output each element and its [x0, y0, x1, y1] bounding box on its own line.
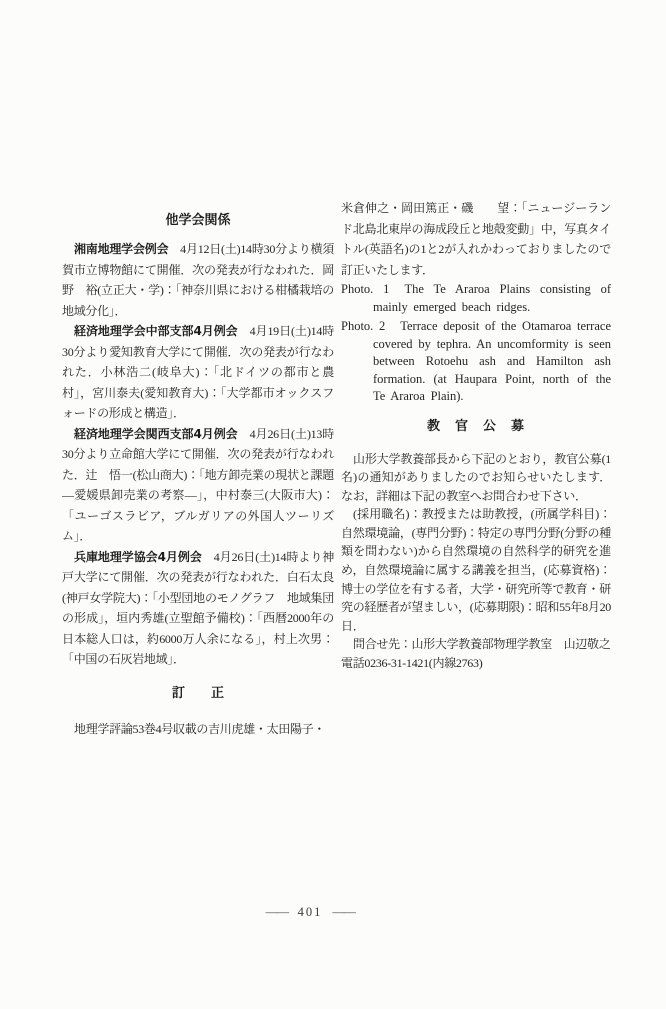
recruitment-conditions: (採用職名)：教授または助教授，(所属学科目)：自然環境論，(専門分野)：特定の…	[341, 505, 611, 635]
meeting-body: 4月19日(土)14時30分より愛知教育大学にて開催．次の発表が行なわれた．小林…	[62, 324, 334, 420]
section-heading-other-societies: 他学会関係	[62, 212, 334, 229]
photo-label: Photo. 2	[341, 319, 385, 333]
recruitment-contact: 問合せ先：山形大学教養部物理学教室 山辺敬之	[341, 635, 611, 654]
page-number: 401	[298, 905, 323, 919]
correction-text-continued: 米倉伸之・岡田篤正・磯 望：「ニュージーランド北島北東岸の海成段丘と地殻変動」中…	[341, 198, 611, 280]
correction-text-start: 地理学評論53巻4号収載の吉川虎雄・太田陽子・	[62, 719, 334, 740]
right-column: 米倉伸之・岡田篤正・磯 望：「ニュージーランド北島北東岸の海成段丘と地殻変動」中…	[341, 198, 611, 673]
meeting-report-hyogo: 兵庫地理学協会4月例会 4月26日(土)14時より神戸大学にて開催．次の発表が行…	[62, 547, 334, 670]
section-heading-correction: 訂 正	[62, 685, 334, 702]
photo-caption-2: Photo. 2Terrace deposit of the Otamaroa …	[341, 318, 611, 406]
meeting-report-shonan: 湘南地理学会例会 4月12日(土)14時30分より横須賀市立博物館にて開催．次の…	[62, 239, 334, 321]
recruitment-phone: 電話0236-31-1421(内線2763)	[341, 654, 611, 673]
photo-label: Photo. 1	[341, 282, 389, 296]
page-number-footer: ——401——	[0, 904, 620, 920]
footer-left-rule: ——	[266, 905, 288, 919]
meeting-report-chubu: 経済地理学会中部支部4月例会 4月19日(土)14時30分より愛知教育大学にて開…	[62, 321, 334, 424]
meeting-body: 4月26日(土)14時より神戸大学にて開催．次の発表が行なわれた．白石太良(神戸…	[62, 550, 334, 667]
section-heading-recruitment: 教 官 公 募	[341, 418, 611, 435]
photo-caption-text: Terrace deposit of the Otamaroa terrace …	[373, 319, 611, 403]
meeting-report-kansai: 経済地理学会関西支部4月例会 4月26日(土)13時30分より立命館大学にて開催…	[62, 424, 334, 547]
photo-caption-text: The Te Araroa Plains consisting of mainl…	[373, 282, 611, 314]
meeting-name: 兵庫地理学協会4月例会	[74, 550, 202, 564]
recruitment-notice: 山形大学教養部長から下記のとおり，教官公募(1名)の通知がありましたのでお知らせ…	[341, 450, 611, 506]
meeting-name: 経済地理学会中部支部4月例会	[74, 324, 238, 338]
meeting-name: 湘南地理学会例会	[74, 242, 168, 256]
meeting-body: 4月26日(土)13時30分より立命館大学にて開催．次の発表が行なわれた．辻 悟…	[62, 427, 334, 544]
meeting-name: 経済地理学会関西支部4月例会	[74, 427, 238, 441]
left-column: 他学会関係 湘南地理学会例会 4月12日(土)14時30分より横須賀市立博物館に…	[62, 212, 334, 739]
footer-right-rule: ——	[332, 905, 354, 919]
photo-caption-1: Photo. 1The Te Araroa Plains consisting …	[341, 281, 611, 316]
journal-page: 他学会関係 湘南地理学会例会 4月12日(土)14時30分より横須賀市立博物館に…	[0, 0, 666, 1009]
